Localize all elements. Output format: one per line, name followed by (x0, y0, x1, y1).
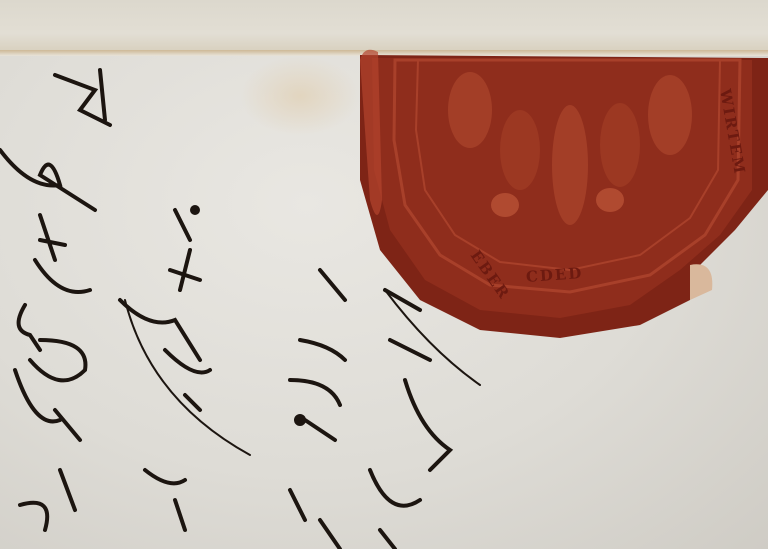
photo-scene: CDED EBER WIRTEM (0, 0, 768, 549)
wax-seal: CDED EBER WIRTEM (360, 50, 768, 338)
handwriting-and-seal: CDED EBER WIRTEM (0, 0, 768, 549)
